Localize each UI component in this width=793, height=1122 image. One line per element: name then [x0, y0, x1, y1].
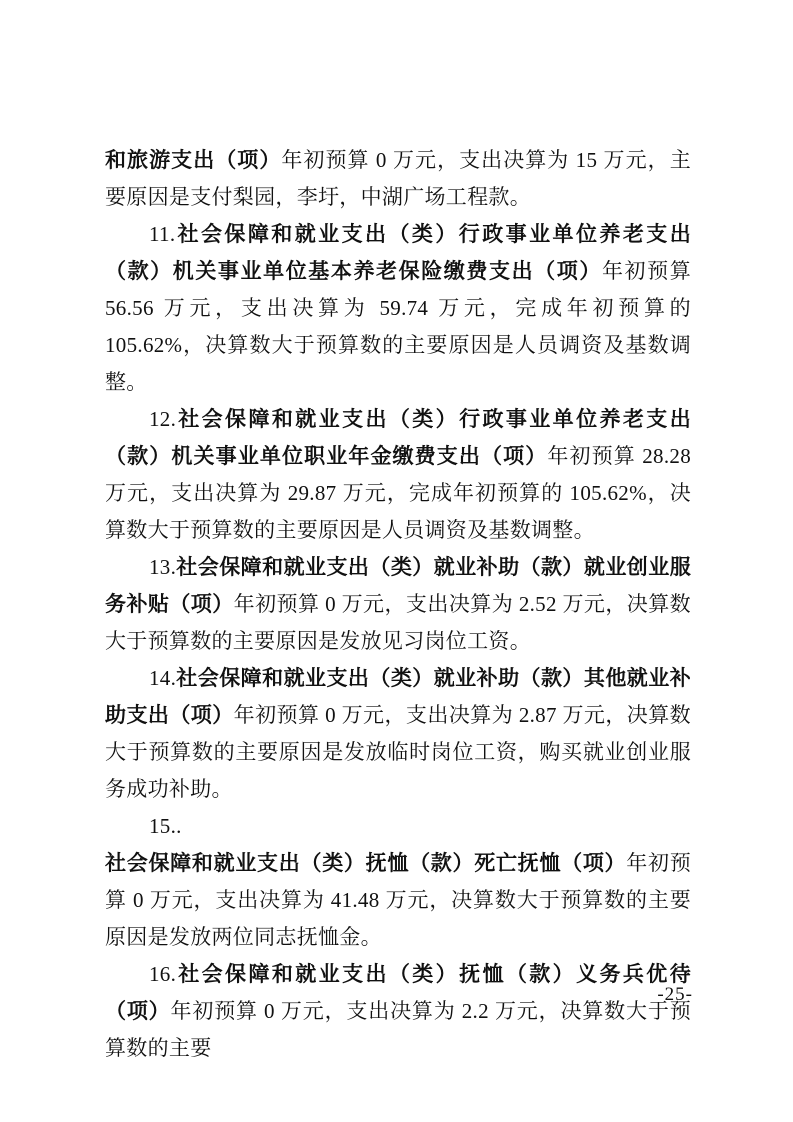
- paragraph: 11.社会保障和就业支出（类）行政事业单位养老支出（款）机关事业单位基本养老保险…: [105, 216, 691, 401]
- text-run: 12.: [149, 407, 176, 431]
- text-run: 11.: [149, 222, 175, 246]
- paragraph: 12.社会保障和就业支出（类）行政事业单位养老支出（款）机关事业单位职业年金缴费…: [105, 401, 691, 549]
- document-body: 和旅游支出（项）年初预算 0 万元，支出决算为 15 万元，主要原因是支付梨园，…: [105, 142, 691, 1067]
- text-run: 年初预算 0 万元，支出决算为 2.2 万元，决算数大于预算数的主要: [105, 999, 691, 1060]
- page-number: -25-: [657, 984, 693, 1006]
- paragraph: 和旅游支出（项）年初预算 0 万元，支出决算为 15 万元，主要原因是支付梨园，…: [105, 142, 691, 216]
- paragraph: 16.社会保障和就业支出（类）抚恤（款）义务兵优待（项）年初预算 0 万元，支出…: [105, 956, 691, 1067]
- heading-run: 和旅游支出（项）: [105, 148, 281, 172]
- text-run: 15..: [149, 814, 182, 838]
- text-run: 13.: [149, 555, 176, 579]
- text-run: 16.: [149, 962, 176, 986]
- paragraph: 13.社会保障和就业支出（类）就业补助（款）就业创业服务补贴（项）年初预算 0 …: [105, 549, 691, 660]
- heading-run: 社会保障和就业支出（类）抚恤（款）死亡抚恤（项）: [105, 851, 626, 875]
- text-run: 14.: [149, 666, 176, 690]
- paragraph: 15..社会保障和就业支出（类）抚恤（款）死亡抚恤（项）年初预算 0 万元，支出…: [105, 808, 691, 956]
- document-page: 和旅游支出（项）年初预算 0 万元，支出决算为 15 万元，主要原因是支付梨园，…: [0, 0, 793, 1122]
- paragraph: 14.社会保障和就业支出（类）就业补助（款）其他就业补助支出（项）年初预算 0 …: [105, 660, 691, 808]
